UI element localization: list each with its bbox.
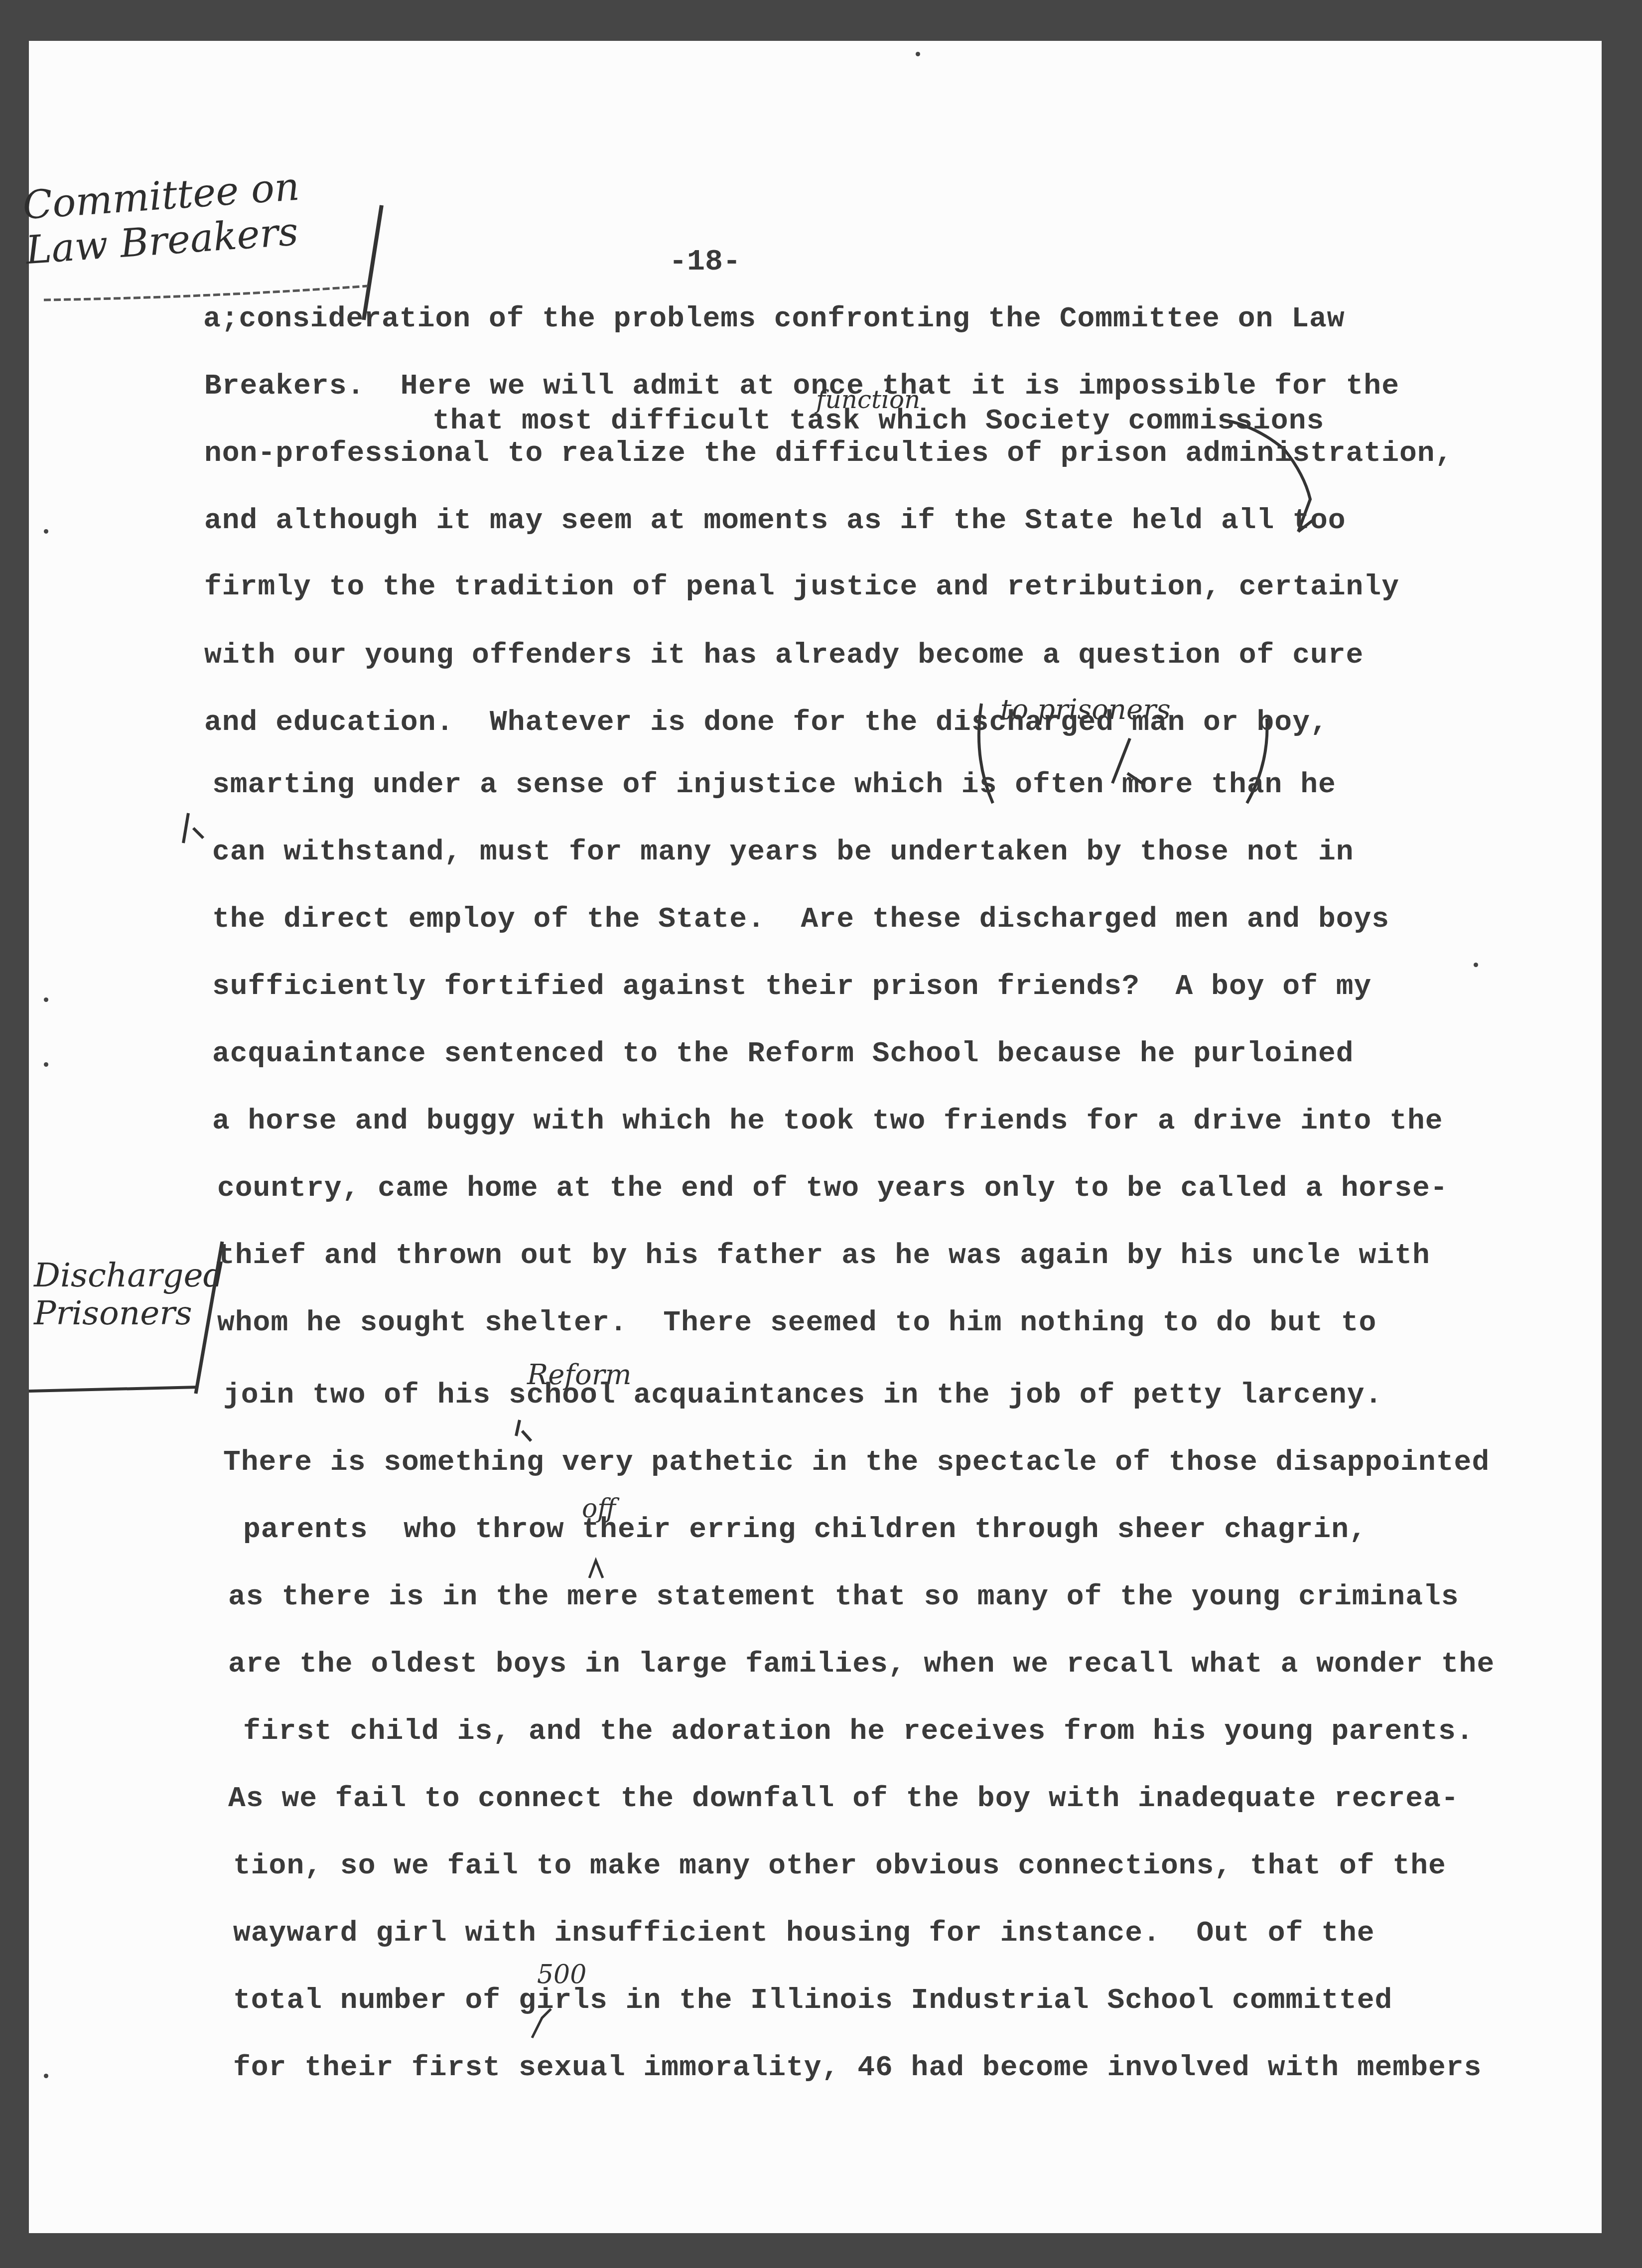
margin-dot (1474, 963, 1478, 967)
text-line: smarting under a sense of injustice whic… (212, 771, 1336, 800)
margin-dot (44, 2074, 48, 2078)
hand-insert-function: function (816, 387, 920, 412)
text-line: parents who throw their erring children … (243, 1516, 1367, 1545)
text-line: and education. Whatever is done for the … (204, 709, 1328, 737)
margin-note-discharged: Discharged Prisoners (34, 1257, 193, 1332)
hand-insert-500: 500 (537, 1962, 586, 1987)
text-line: tion, so we fail to make many other obvi… (233, 1852, 1446, 1881)
text-line: As we fail to connect the downfall of th… (228, 1785, 1459, 1814)
text-line: sufficiently fortified against their pri… (212, 973, 1371, 1001)
text-line: firmly to the tradition of penal justice… (204, 573, 1399, 602)
text-line: join two of his school acquaintances in … (223, 1381, 1382, 1410)
text-line: are the oldest boys in large families, w… (228, 1650, 1495, 1679)
text-line: Breakers. Here we will admit at once tha… (204, 372, 1399, 401)
margin-note-committee: Committee on Law Breakers (21, 162, 346, 274)
text-line: whom he sought shelter. There seemed to … (217, 1309, 1376, 1338)
text-line: non-professional to realize the difficul… (204, 439, 1453, 468)
text-line: a;consideration of the problems confront… (203, 305, 1345, 334)
document-page: -18- Committee on Law Breakers Discharge… (29, 41, 1602, 2233)
text-line: a horse and buggy with which he took two… (212, 1107, 1443, 1136)
text-line: for their first sexual immorality, 46 ha… (233, 2054, 1482, 2083)
text-line: first child is, and the adoration he rec… (243, 1717, 1474, 1746)
margin-dot (44, 997, 48, 1002)
text-line: There is something very pathetic in the … (223, 1448, 1490, 1477)
text-line: and although it may seem at moments as i… (204, 507, 1346, 536)
text-line: wayward girl with insufficient housing f… (233, 1919, 1375, 1948)
page-number: -18- (669, 245, 741, 279)
text-line: country, came home at the end of two yea… (217, 1174, 1448, 1203)
margin-note-discharged-text: Discharged Prisoners (34, 1256, 224, 1332)
text-line: the direct employ of the State. Are thes… (212, 905, 1389, 934)
margin-dot (44, 1062, 48, 1067)
text-line: acquaintance sentenced to the Reform Sch… (212, 1040, 1354, 1069)
margin-note-committee-text: Committee on Law Breakers (21, 164, 300, 273)
text-line: with our young offenders it has already … (204, 641, 1364, 670)
text-line: as there is in the mere statement that s… (228, 1583, 1459, 1612)
text-line: can withstand, must for many years be un… (212, 838, 1354, 867)
text-line: total number of girls in the Illinois In… (233, 1986, 1392, 2015)
margin-dot (916, 52, 920, 56)
margin-dot (44, 529, 48, 534)
text-line: thief and thrown out by his father as he… (217, 1242, 1430, 1271)
